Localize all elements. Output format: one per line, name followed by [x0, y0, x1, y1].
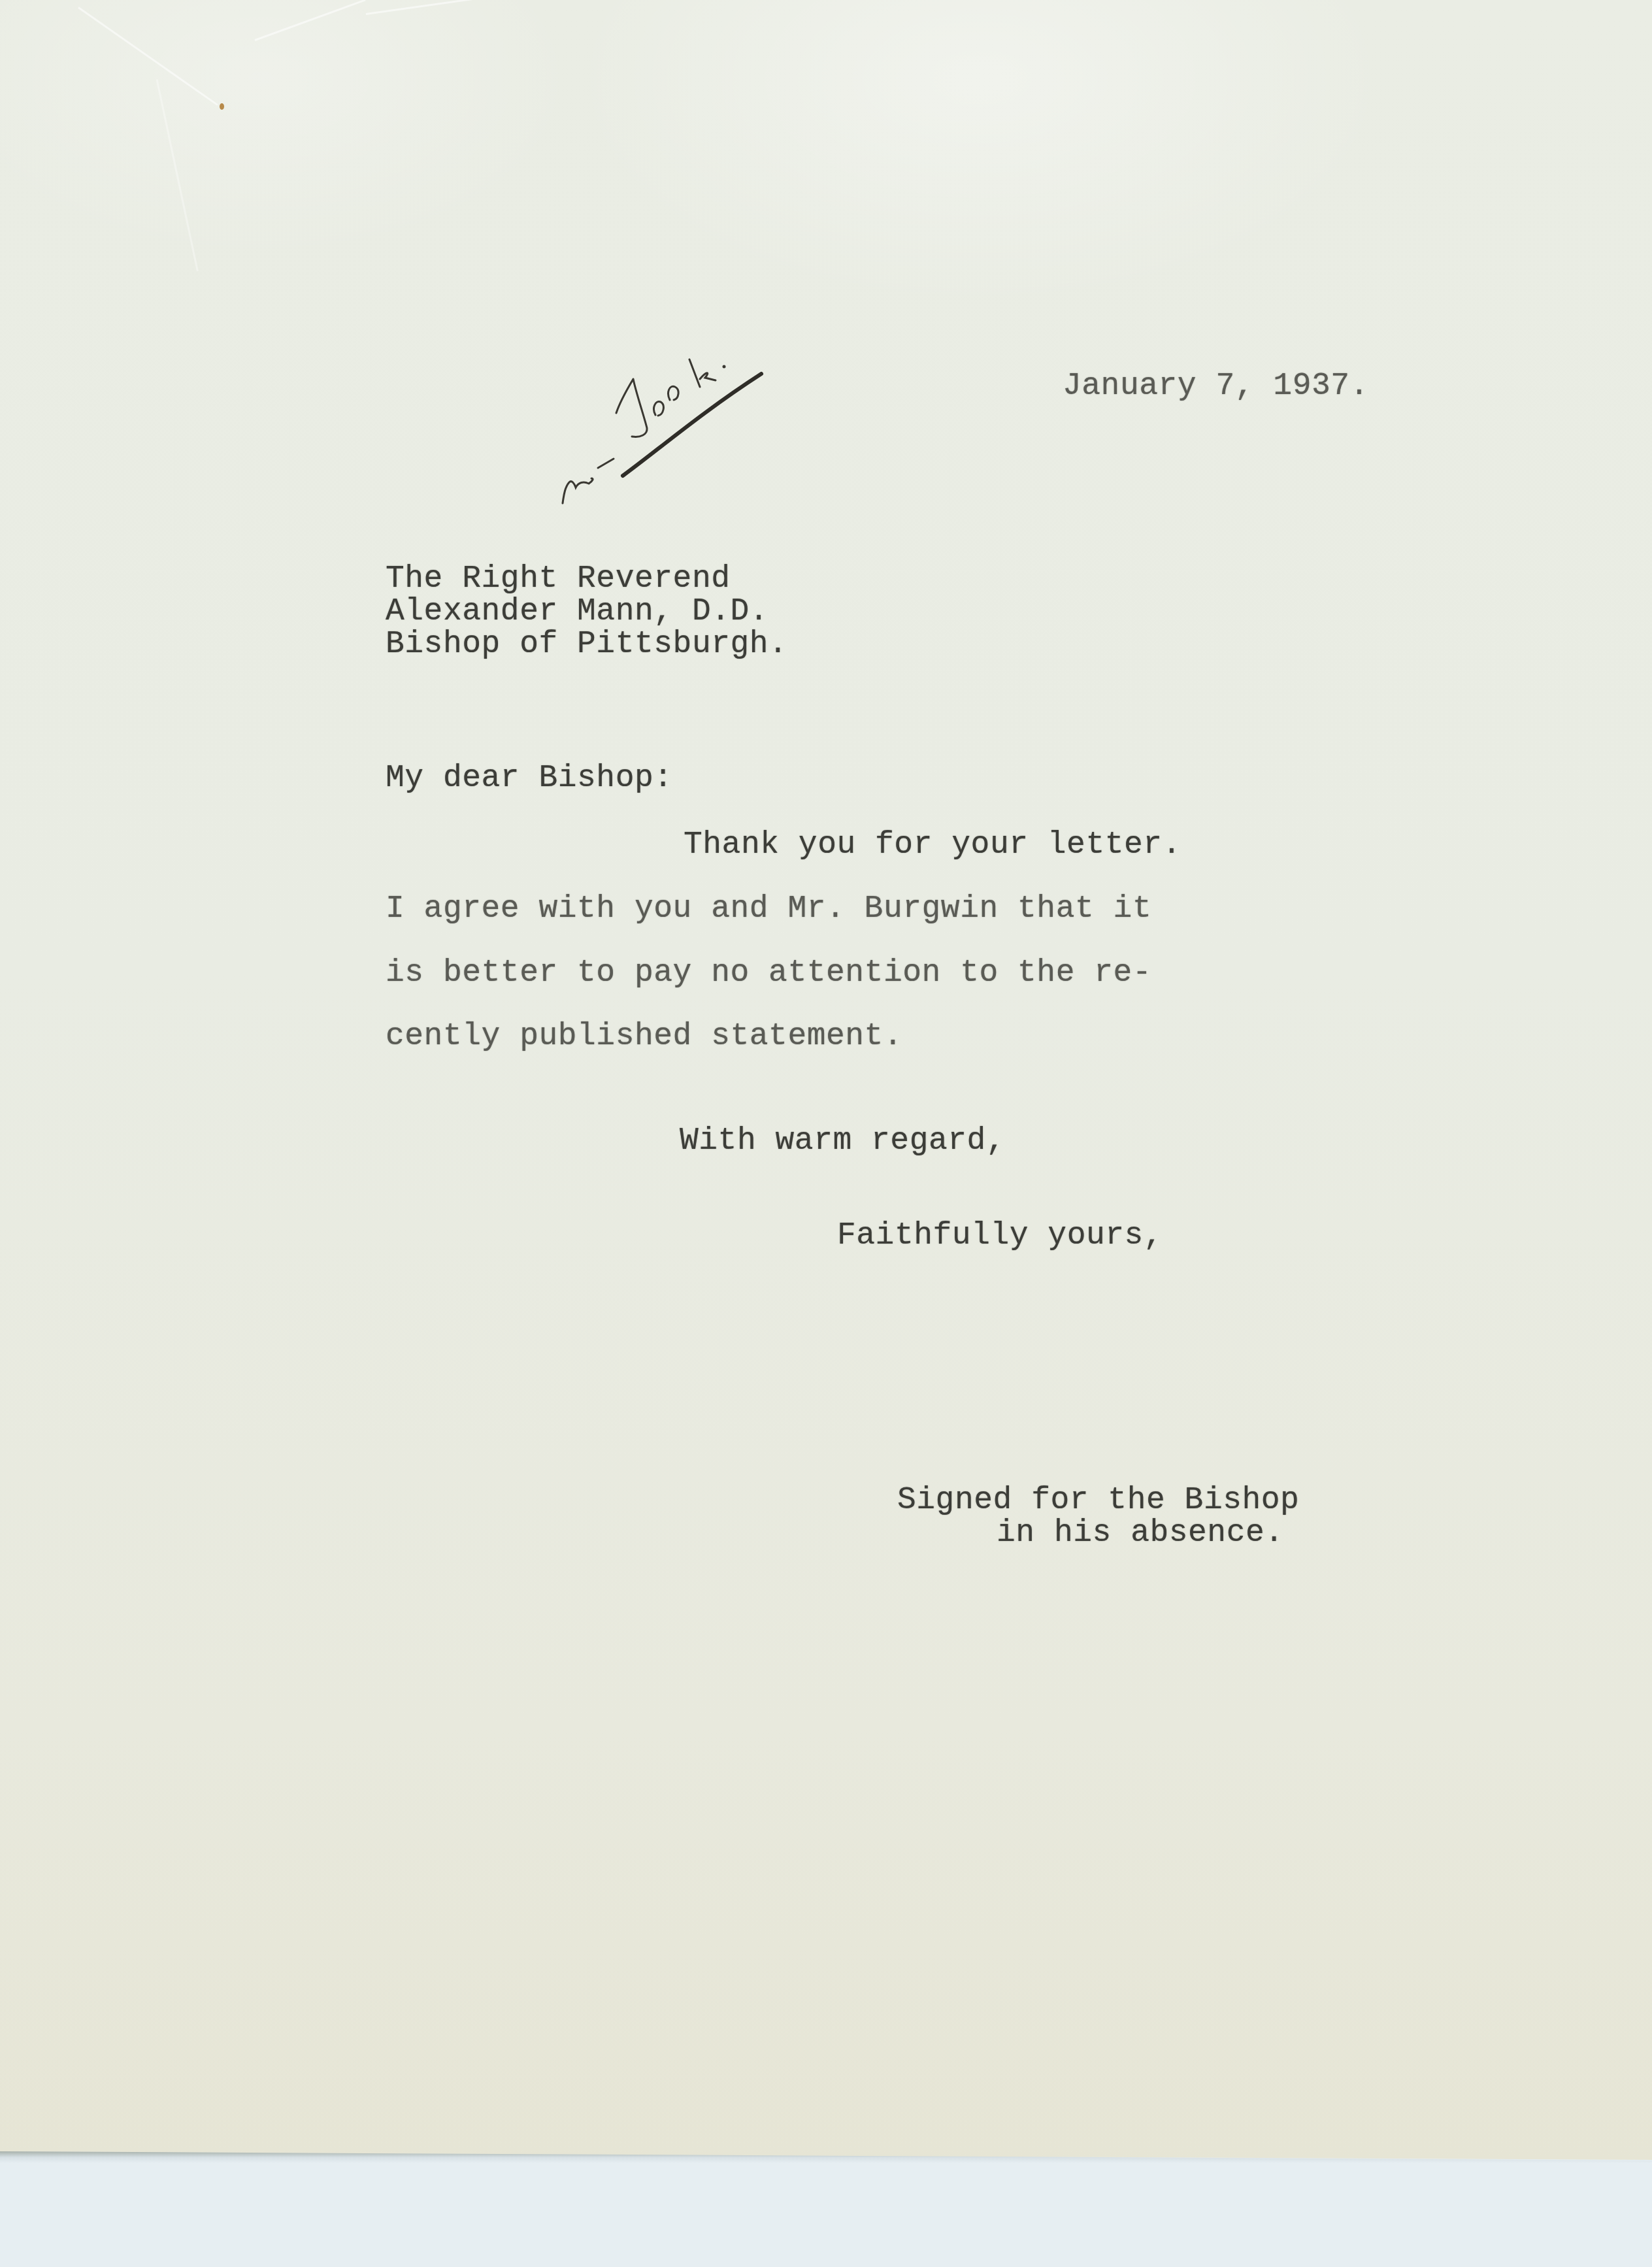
paper-stain	[220, 103, 224, 110]
recipient-line-2: Alexander Mann, D.D.	[386, 596, 768, 627]
body-line-1: Thank you for your letter.	[684, 829, 1181, 861]
handwritten-annotation: re - Jook.	[546, 353, 781, 516]
paper-crease	[366, 0, 535, 15]
paper-crease	[78, 7, 218, 106]
salutation: My dear Bishop:	[386, 763, 673, 794]
paper-crease	[254, 0, 365, 41]
valediction: Faithfully yours,	[837, 1220, 1163, 1251]
body-line-4: cently published statement.	[386, 1021, 902, 1052]
letter-date: January 7, 1937.	[1063, 371, 1369, 402]
handwriting-underline-icon	[546, 353, 781, 516]
signature-note-line-2: in his absence.	[997, 1517, 1284, 1549]
body-line-3: is better to pay no attention to the re-	[386, 957, 1151, 989]
body-line-2: I agree with you and Mr. Burgwin that it	[386, 893, 1151, 925]
paper-crease	[156, 79, 199, 271]
letter-paper: re - Jook. January 7, 1937. The Right Re…	[0, 0, 1652, 2160]
recipient-line-1: The Right Reverend	[386, 563, 730, 595]
recipient-line-3: Bishop of Pittsburgh.	[386, 629, 787, 660]
signature-note-line-1: Signed for the Bishop	[897, 1485, 1299, 1516]
closing: With warm regard,	[680, 1125, 1005, 1157]
